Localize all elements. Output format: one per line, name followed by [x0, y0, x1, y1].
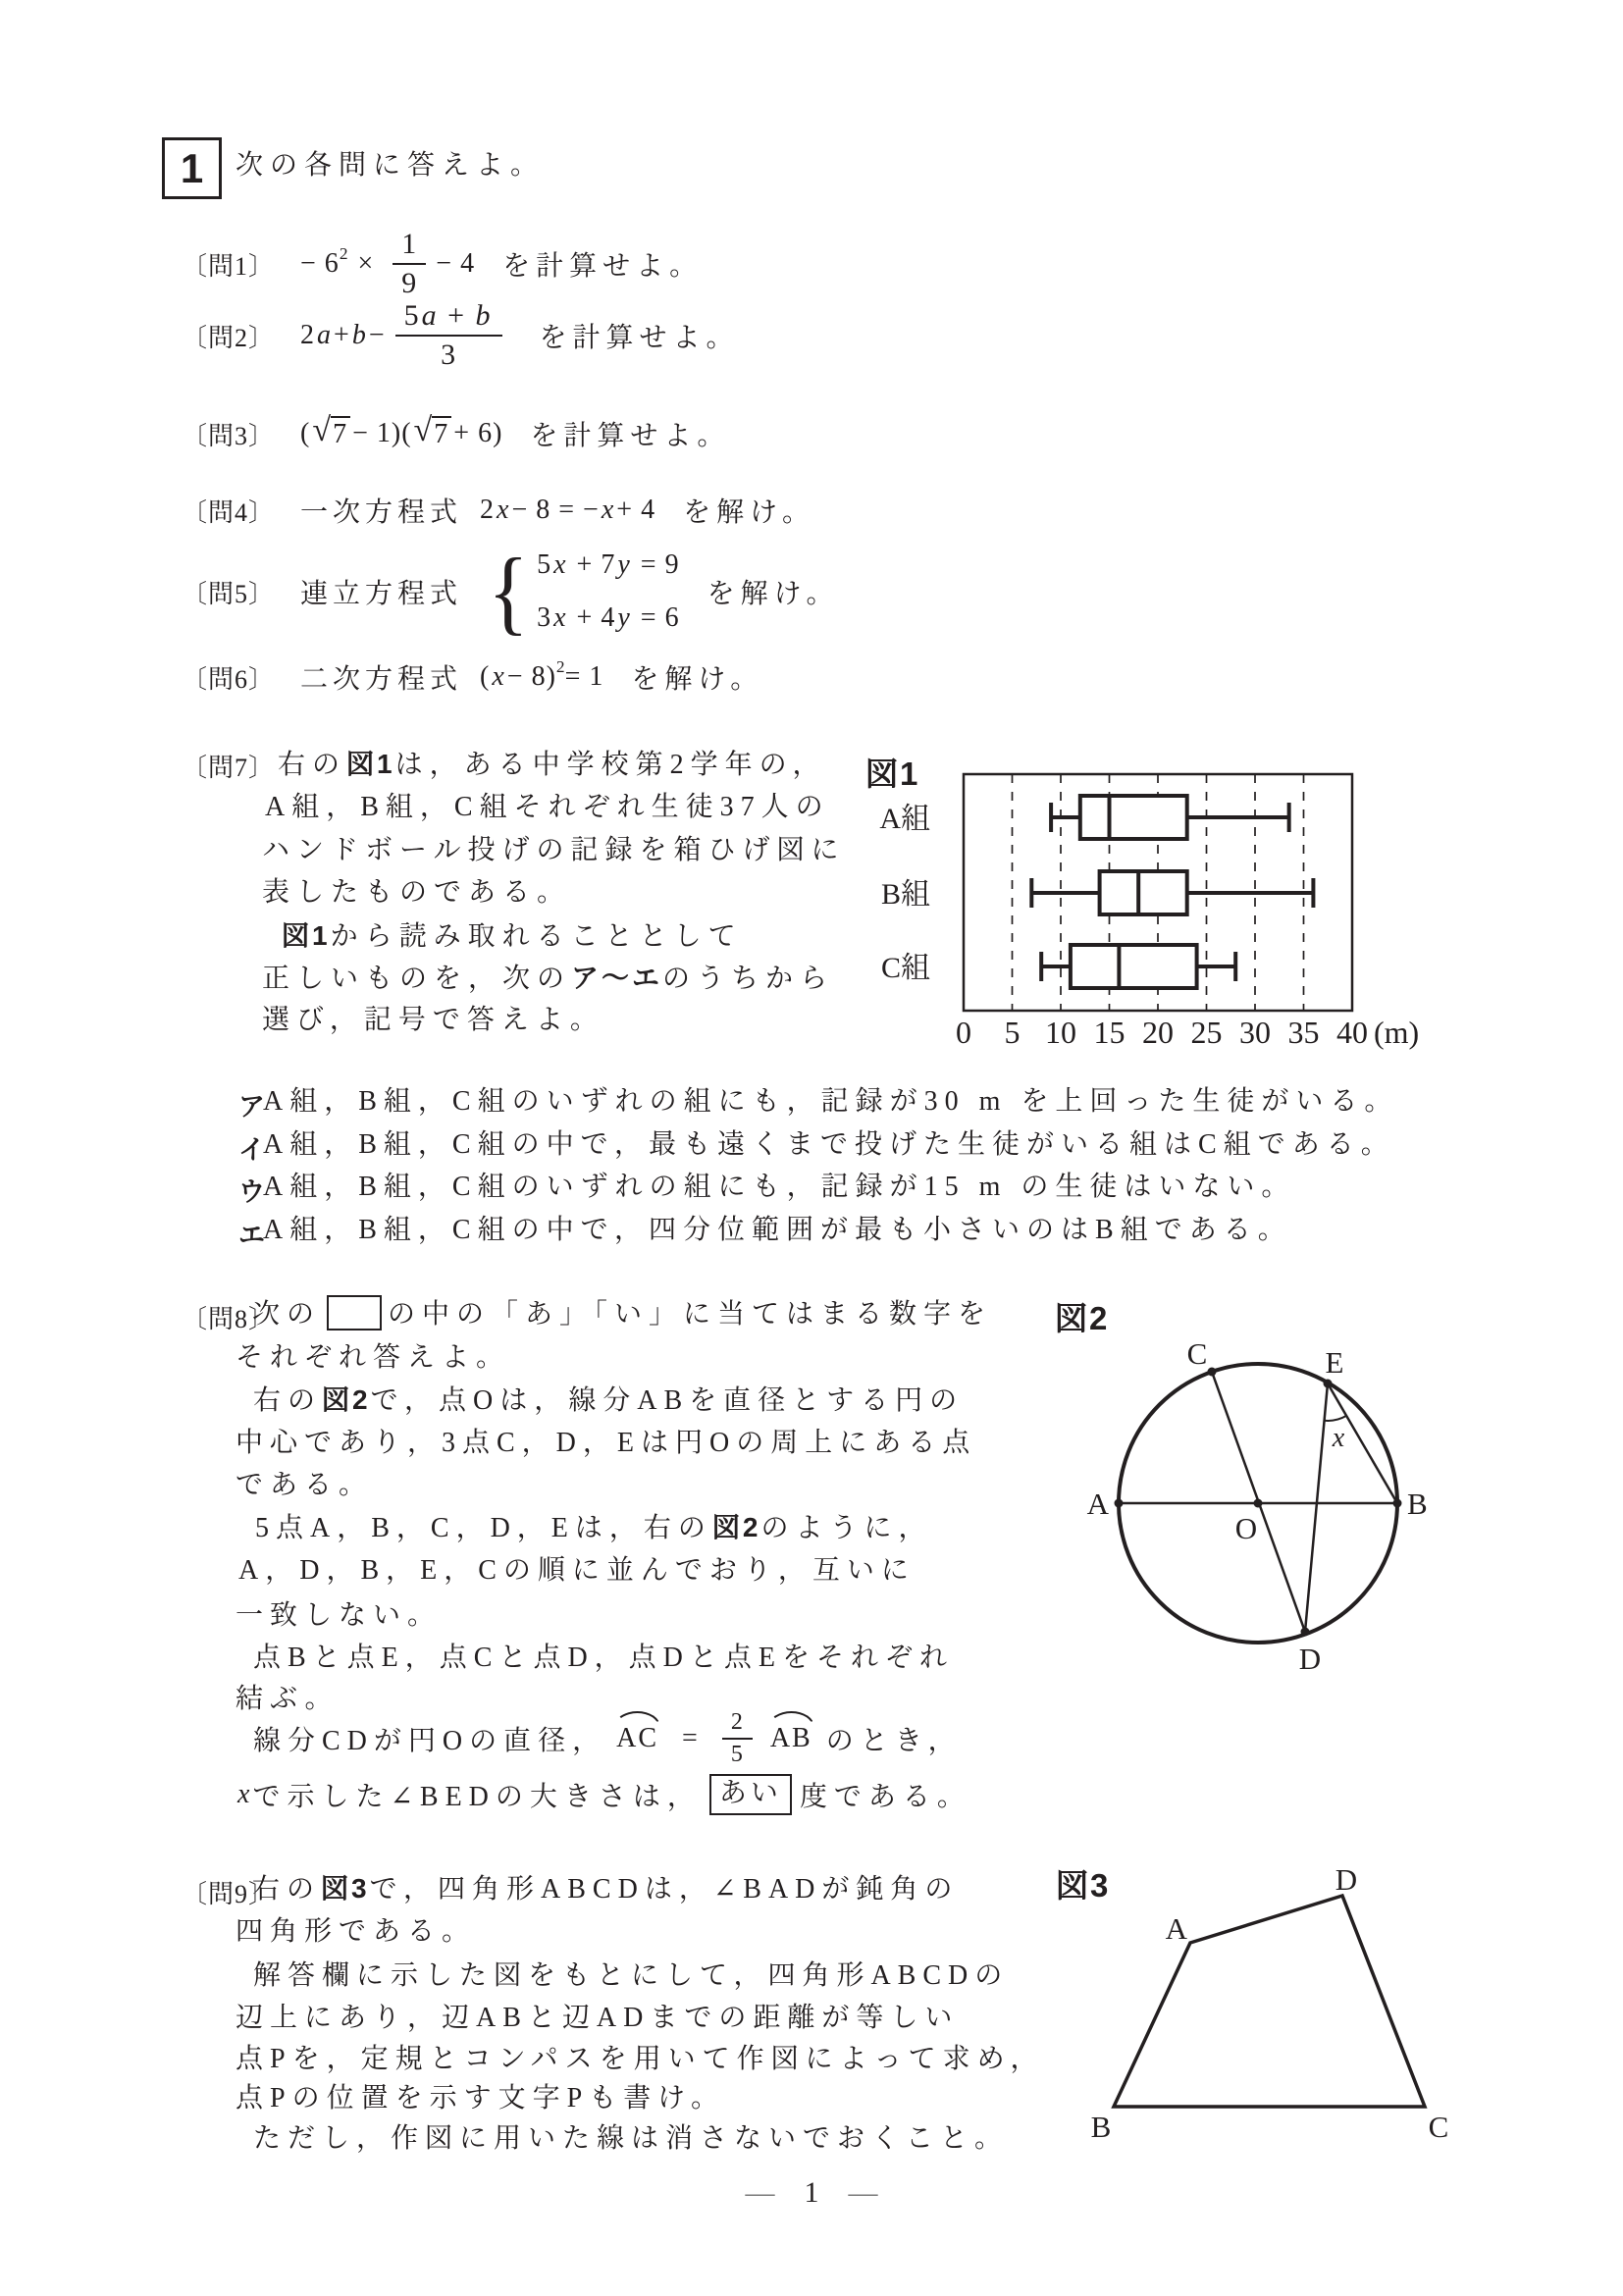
question-2: 〔問2〕 2a + b − 5a + b 3 を計算せよ。 — [182, 294, 740, 377]
q3-label: 〔問3〕 — [182, 416, 275, 452]
chord-de — [1305, 1383, 1328, 1632]
point-label-b: B — [1407, 1487, 1428, 1521]
angle-label-x: x — [1332, 1423, 1345, 1453]
q5-eq2-rhs: = 6 — [633, 602, 680, 633]
q8-fraction-numerator: 2 — [722, 1708, 753, 1740]
point-o — [1254, 1499, 1263, 1508]
q8-text: で示した∠BEDの大きさは， — [252, 1775, 701, 1814]
q3-paren-close: ) — [493, 418, 502, 449]
fig1-reference: 図1 — [346, 749, 395, 779]
q2-num-var-b: b — [474, 299, 494, 332]
q5-eq1-rhs: = 9 — [633, 549, 680, 580]
q7-line-6: 選び，記号で答えよ。 — [262, 1002, 604, 1039]
q6-rhs: = 1 — [565, 661, 604, 693]
q7-line-4: 図1から読み取れることとして — [282, 917, 743, 956]
q4-end: + 4 — [616, 495, 655, 526]
q8-text: 次の — [252, 1299, 321, 1330]
q9-text: 右の — [252, 1874, 321, 1905]
q5-eq1-x: x — [551, 549, 568, 580]
q2-fraction: 5a + b 3 — [395, 298, 502, 373]
q2-num-op: + — [440, 299, 474, 332]
tick-label-15: 15 — [1094, 1015, 1126, 1050]
fig1-reference: 図1 — [282, 920, 331, 951]
q7-line-2: ハンドボール投げの記録を箱ひげ図に — [262, 832, 845, 869]
tick-label-35: 35 — [1288, 1015, 1320, 1050]
question-4: 〔問4〕 一次方程式 2x − 8 = − x + 4 を解け。 — [182, 491, 815, 530]
q7-text: から読み取れることとして — [331, 921, 743, 952]
q2-minus: − — [369, 320, 386, 351]
q2-fraction-denominator: 3 — [432, 337, 465, 373]
q9-line-3: 辺上にあり，辺ABと辺ADまでの距離が等しい — [236, 2000, 959, 2037]
q6-var-x: x — [490, 661, 506, 693]
intro-text: 次の各問に答えよ。 — [236, 147, 545, 184]
q1-expr-end: − 4 — [436, 248, 475, 280]
vertex-label-d: D — [1335, 1862, 1357, 1897]
radical-sign: √ — [312, 414, 331, 447]
q3-paren: ( — [300, 418, 310, 449]
quadrilateral-abcd — [1114, 1896, 1425, 2107]
arc-ab: AB — [770, 1723, 812, 1754]
q6-paren-close: ) — [547, 661, 556, 693]
q8-text: 5点A，B，C，D，Eは，右の — [255, 1513, 712, 1543]
exam-page: 1 次の各問に答えよ。 〔問1〕 − 62 × 1 9 − 4 を計算せよ。 〔… — [0, 0, 1623, 2296]
q5-equation-1: 5x + 7y = 9 — [537, 549, 679, 581]
q5-label: 〔問5〕 — [182, 574, 275, 610]
q2-op: + — [334, 320, 350, 351]
q1-expr-start: − 6 — [300, 248, 340, 280]
q5-eq2-mid: + 4 — [569, 602, 616, 633]
question-6: 〔問6〕 二次方程式 (x − 8)2 = 1 を解け。 — [182, 655, 763, 699]
footer-dash: — — [849, 2176, 878, 2209]
q5-eq2-y: y — [615, 602, 632, 633]
q9-line-6: ただし，作図に用いた線は消さないでおくこと。 — [253, 2120, 1009, 2158]
q7-label: 〔問7〕 — [182, 748, 275, 784]
tick-label-20: 20 — [1142, 1015, 1174, 1050]
point-d — [1301, 1628, 1310, 1637]
class-label-C組: C組 — [881, 952, 930, 984]
q8-line-10: 線分CDが円Oの直径， AC = 25 AB のとき， — [253, 1710, 963, 1767]
q8-line-5: 5点A，B，C，D，Eは，右の図2のように， — [255, 1509, 933, 1547]
option-marker-i: イ — [238, 1128, 265, 1167]
arc-ac: AC — [616, 1723, 658, 1754]
q2-label: 〔問2〕 — [182, 318, 275, 354]
system-brace: { — [488, 551, 528, 632]
class-label-A組: A組 — [879, 803, 930, 835]
point-label-a: A — [1087, 1487, 1110, 1521]
q3-radicand-1: 7 — [331, 416, 350, 450]
option-marker-a: ア — [238, 1085, 265, 1123]
q3-mid-2: + 6 — [453, 418, 493, 449]
tick-label-0: 0 — [956, 1015, 971, 1050]
vertex-label-c: C — [1429, 2110, 1449, 2144]
q2-num-part: 5 — [404, 299, 420, 332]
q8-line-2: 右の図2で，点Oは，線分ABを直径とする円の — [253, 1382, 964, 1420]
q7-line-0: 右の図1は，ある中学校第2学年の， — [278, 746, 826, 784]
page-number: 1 — [805, 2176, 819, 2209]
q8-line-8: 点Bと点E，点Cと点D，点Dと点Eをそれぞれ — [253, 1640, 954, 1677]
times-sign: × — [358, 248, 374, 280]
q8-line-0: 次のの中の「あ」「い」に当てはまる数字を — [252, 1295, 992, 1333]
q4-equation-type: 一次方程式 — [300, 491, 462, 530]
option-range-reference: ア～エ — [571, 963, 662, 993]
q3-paren-mid: )( — [392, 418, 412, 449]
q5-equations: 5x + 7y = 9 3x + 4y = 6 — [537, 549, 679, 634]
point-label-o: O — [1235, 1511, 1257, 1545]
q8-line-3: 中心であり，3点C，D，Eは円Oの周上にある点 — [236, 1425, 976, 1462]
footer-dash: — — [746, 2176, 775, 2209]
q1-exponent: 2 — [340, 244, 348, 264]
fig3-reference: 図3 — [321, 1873, 370, 1904]
q2-var-b: b — [350, 320, 369, 351]
page-footer: —1— — [0, 2176, 1623, 2210]
tick-label-25: 25 — [1191, 1015, 1223, 1050]
q4-coef: 2 — [480, 495, 495, 526]
q3-instruction: を計算せよ。 — [530, 414, 730, 453]
angle-arc-x — [1325, 1416, 1347, 1421]
question-5: 〔問5〕 連立方程式 { 5x + 7y = 9 3x + 4y = 6 を解け… — [182, 537, 839, 647]
blank-answer-box — [327, 1295, 382, 1331]
q7-line-3: 表したものである。 — [262, 874, 571, 912]
tick-label-5: 5 — [1005, 1015, 1021, 1050]
q8-text: のとき， — [826, 1719, 963, 1758]
option-text-i: A組，B組，C組の中で，最も遠くまで投げた生徒がいる組はC組である。 — [263, 1126, 1395, 1164]
boxplot-series-B組: B組 — [881, 871, 1313, 914]
q5-equation-type: 連立方程式 — [300, 572, 462, 611]
q7-line-5: 正しいものを，次のア～エのうちから — [262, 960, 834, 998]
point-b — [1393, 1499, 1402, 1508]
q6-exponent: 2 — [556, 657, 565, 677]
point-label-d: D — [1299, 1642, 1321, 1676]
q9-text: で，四角形ABCDは，∠BADが鈍角の — [370, 1874, 960, 1905]
q8-line-7: 一致しない。 — [236, 1597, 442, 1635]
fig2-reference: 図2 — [712, 1512, 761, 1542]
boxplot-series-C組: C組 — [881, 945, 1235, 988]
q4-label: 〔問4〕 — [182, 493, 275, 529]
problem-number: 1 — [181, 145, 203, 192]
q7-text: 右の — [278, 750, 346, 780]
vertex-label-b: B — [1091, 2110, 1112, 2144]
q7-text: のうちから — [662, 964, 834, 994]
q9-line-1: 四角形である。 — [236, 1913, 476, 1951]
q6-equation-type: 二次方程式 — [300, 657, 462, 697]
q8-line-1: それぞれ答えよ。 — [236, 1339, 510, 1377]
q7-line-1: A組，B組，C組それぞれ生徒37人の — [265, 789, 830, 826]
option-marker-e: エ — [238, 1214, 265, 1252]
q8-var-x: x — [236, 1779, 252, 1810]
point-e — [1324, 1380, 1333, 1388]
q7-text: は，ある中学校第2学年の， — [395, 750, 827, 780]
q9-line-0: 右の図3で，四角形ABCDは，∠BADが鈍角の — [252, 1870, 959, 1908]
q3-sqrt-1: √7 — [312, 417, 350, 451]
q6-label: 〔問6〕 — [182, 659, 275, 696]
q6-mid: − 8 — [507, 661, 547, 693]
tick-label-30: 30 — [1239, 1015, 1271, 1050]
fig2-circle-diagram: A B C E D O x — [1021, 1276, 1492, 1707]
q8-text: の中の「あ」「い」に当てはまる数字を — [388, 1299, 992, 1330]
q8-fraction-denominator: 5 — [722, 1740, 753, 1769]
q1-fraction-numerator: 1 — [393, 227, 426, 265]
q3-sqrt-2: √7 — [414, 417, 452, 451]
boxplot-series-A組: A組 — [879, 796, 1288, 839]
q1-label: 〔問1〕 — [182, 246, 275, 283]
q2-var-a: a — [315, 320, 334, 351]
option-text-e: A組，B組，C組の中で，四分位範囲が最も小さいのはB組である。 — [263, 1212, 1292, 1249]
q7-text: 正しいものを，次の — [262, 964, 571, 994]
q8-text: で，点Oは，線分ABを直径とする円の — [371, 1385, 965, 1416]
q4-mid: − 8 = − — [511, 495, 599, 526]
q9-line-4: 点Pを，定規とコンパスを用いて作図によって求め， — [236, 2041, 1045, 2078]
tick-label-10: 10 — [1045, 1015, 1076, 1050]
q5-equation-2: 3x + 4y = 6 — [537, 602, 679, 634]
problem-number-box: 1 — [162, 137, 222, 199]
fig2-reference: 図2 — [322, 1384, 371, 1415]
question-3: 〔問3〕 ( √7 − 1 )( √7 + 6 ) を計算せよ。 — [182, 414, 730, 453]
q8-text: のように， — [760, 1513, 932, 1543]
q5-eq1-y: y — [615, 549, 632, 580]
q2-instruction: を計算せよ。 — [540, 316, 740, 355]
vertex-label-a: A — [1166, 1911, 1188, 1946]
option-text-a: A組，B組，C組のいずれの組にも，記録が30 m を上回った生徒がいる。 — [263, 1083, 1398, 1121]
q8-text: 右の — [253, 1385, 322, 1416]
option-marker-u: ウ — [238, 1171, 265, 1209]
point-a — [1115, 1499, 1124, 1508]
q5-eq2-x: x — [551, 602, 568, 633]
q4-var-x2: x — [600, 495, 616, 526]
q5-eq1-mid: + 7 — [569, 549, 616, 580]
q9-line-2: 解答欄に示した図をもとにして，四角形ABCDの — [253, 1957, 1009, 1995]
point-c — [1208, 1368, 1217, 1377]
q5-eq2-coef: 3 — [537, 602, 551, 633]
q6-paren-open: ( — [480, 661, 490, 693]
q2-fraction-numerator: 5a + b — [395, 298, 502, 337]
q4-instruction: を解け。 — [683, 491, 815, 530]
q6-instruction: を解け。 — [631, 657, 763, 697]
q8-line-6: A，D，B，E，Cの順に並んでおり，互いに — [238, 1552, 916, 1590]
q5-eq1-coef: 5 — [537, 549, 551, 580]
q3-mid-1: − 1 — [352, 418, 392, 449]
q2-num-var-a: a — [420, 299, 440, 332]
radical-sign: √ — [414, 414, 433, 447]
question-1: 〔問1〕 − 62 × 1 9 − 4 を計算せよ。 — [182, 223, 703, 305]
equals-sign: = — [682, 1723, 705, 1754]
q5-instruction: を解け。 — [707, 572, 840, 611]
tick-label-40: 40 — [1336, 1015, 1368, 1050]
q8-line-4: である。 — [236, 1467, 373, 1504]
q3-radicand-2: 7 — [432, 416, 451, 450]
fig1-boxplot: A組B組C組0510152025303540(m) — [864, 746, 1492, 1055]
q8-fraction: 25 — [722, 1708, 753, 1769]
q1-fraction: 1 9 — [393, 227, 426, 301]
answer-box-ai: あい — [709, 1774, 792, 1815]
q8-text: 線分CDが円Oの直径， — [253, 1719, 606, 1758]
q1-instruction: を計算せよ。 — [502, 244, 703, 284]
q4-var-x1: x — [495, 495, 511, 526]
class-label-B組: B組 — [881, 878, 930, 911]
q2-term: 2 — [300, 320, 315, 351]
point-label-e: E — [1326, 1345, 1344, 1380]
q8-line-11: x で示した∠BEDの大きさは， あい 度である。 — [236, 1772, 971, 1817]
q8-text: 度である。 — [800, 1775, 971, 1814]
q9-line-5: 点Pの位置を示す文字Pも書け。 — [236, 2080, 725, 2117]
axis-unit-label: (m) — [1374, 1015, 1419, 1050]
point-label-c: C — [1187, 1336, 1208, 1371]
fig3-quadrilateral-diagram: A D B C — [1030, 1845, 1492, 2168]
option-text-u: A組，B組，C組のいずれの組にも，記録が15 m の生徒はいない。 — [263, 1169, 1295, 1206]
